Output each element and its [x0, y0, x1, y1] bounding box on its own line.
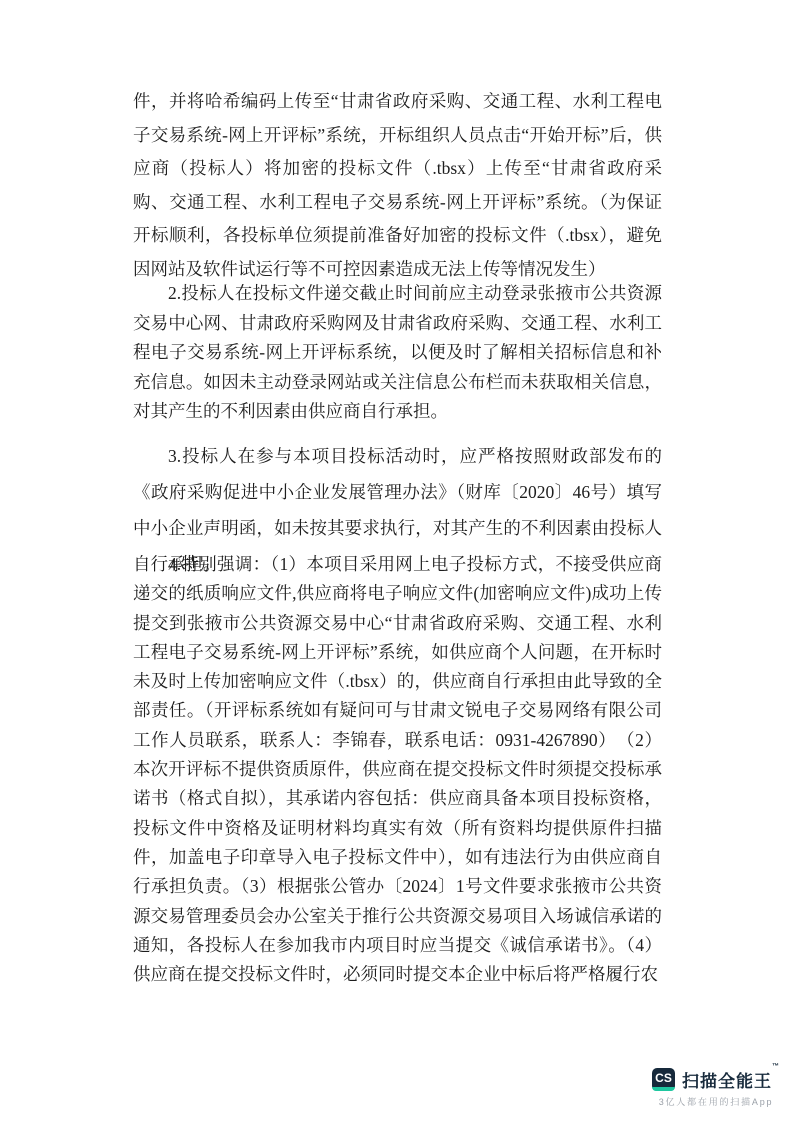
camscanner-tagline: 3亿人都在用的扫描App [659, 1095, 774, 1108]
document-page: 件，并将哈希编码上传至“甘肃省政府采购、交通工程、水利工程电子交易系统-网上开评… [0, 0, 793, 1122]
camscanner-app-name: 扫描全能王™ [682, 1067, 780, 1092]
camscanner-logo-row: CS 扫描全能王™ [652, 1067, 780, 1092]
paragraph-2: 2.投标人在投标文件递交截止时间前应主动登录张掖市公共资源交易中心网、甘肃政府采… [133, 279, 662, 427]
camscanner-badge-teal-bar [652, 1087, 675, 1091]
trademark-symbol: ™ [772, 1063, 780, 1070]
camscanner-app-name-text: 扫描全能王 [682, 1072, 772, 1091]
paragraph-1-continuation: 件，并将哈希编码上传至“甘肃省政府采购、交通工程、水利工程电子交易系统-网上开评… [133, 85, 662, 286]
paragraph-4: 4.特别强调：（1）本项目采用网上电子投标方式，不接受供应商递交的纸质响应文件,… [133, 550, 662, 989]
camscanner-logo-icon: CS [652, 1068, 675, 1091]
camscanner-watermark: CS 扫描全能王™ 3亿人都在用的扫描App [652, 1067, 780, 1108]
camscanner-badge-letters: CS [655, 1071, 672, 1085]
